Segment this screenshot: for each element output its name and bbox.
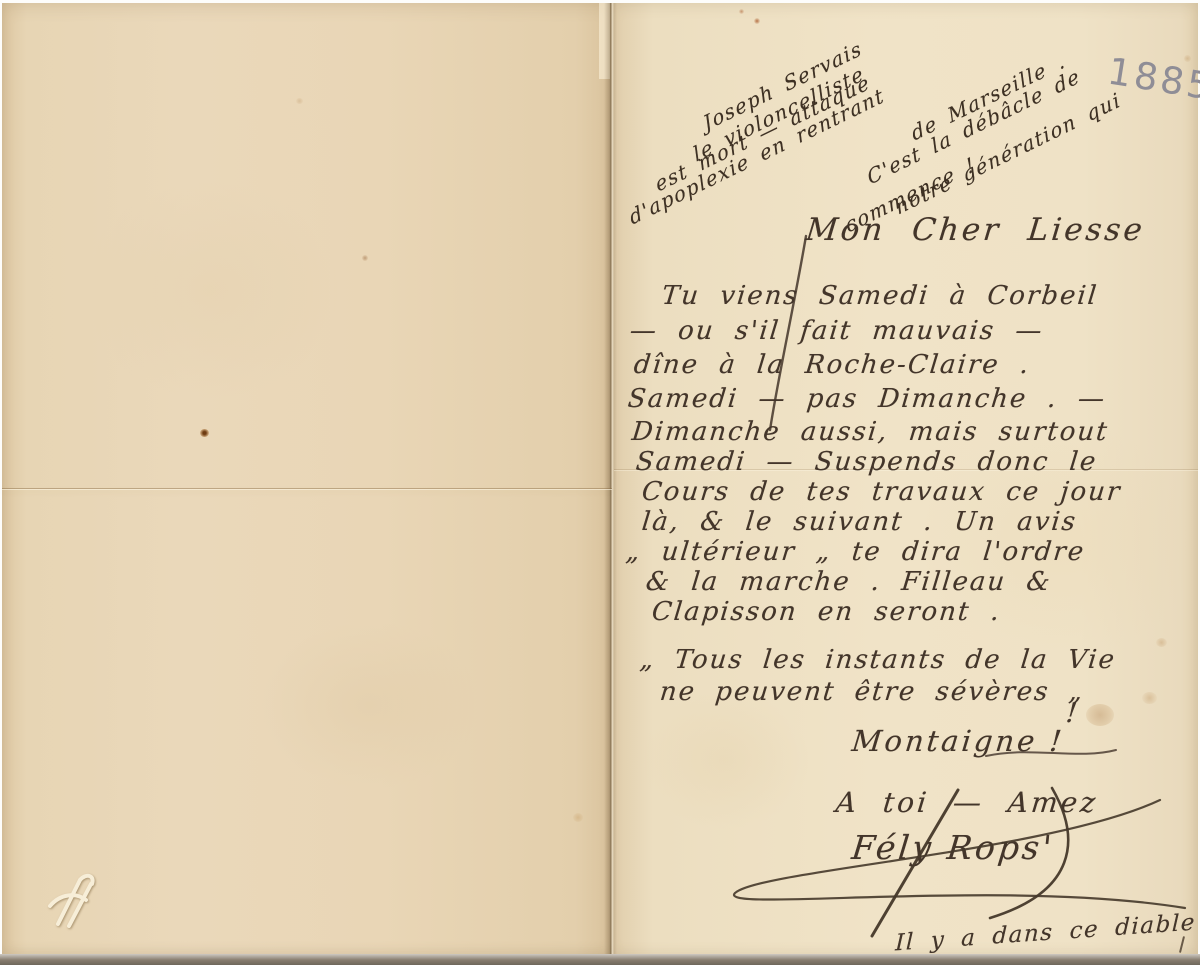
salutation: Mon Cher Liesse xyxy=(804,212,1147,248)
body-line: — ou s'il fait mauvais — xyxy=(628,316,1045,346)
horizontal-crease-left xyxy=(2,488,612,489)
body-line: & la marche . Filleau & xyxy=(644,567,1053,597)
body-line: Cours de tes travaux ce jour xyxy=(640,477,1123,507)
quote-line: „ Tous les instants de la Vie xyxy=(638,645,1117,675)
attribution-flourish xyxy=(982,742,1122,766)
center-fold xyxy=(604,3,617,954)
page-left xyxy=(2,3,612,954)
scan-bottom-edge xyxy=(0,954,1200,965)
body-line: Samedi — Suspends donc le xyxy=(634,447,1098,477)
letter-scan: Joseph Servais le violoncelliste est mor… xyxy=(0,0,1200,965)
body-line: là, & le suivant . Un avis xyxy=(640,507,1078,537)
body-line: dîne à la Roche-Claire . xyxy=(632,350,1031,380)
body-line: Samedi — pas Dimanche . — xyxy=(626,384,1107,414)
body-line: Tu viens Samedi à Corbeil xyxy=(660,281,1099,311)
blind-stamp-monogram-icon xyxy=(36,866,110,932)
quote-line: ne peuvent être sévères „ xyxy=(658,677,1085,707)
body-line: Clapisson en seront . xyxy=(650,597,1002,627)
body-line: Dimanche aussi, mais surtout xyxy=(630,417,1110,447)
body-line: „ ultérieur „ te dira l'ordre xyxy=(624,537,1086,567)
